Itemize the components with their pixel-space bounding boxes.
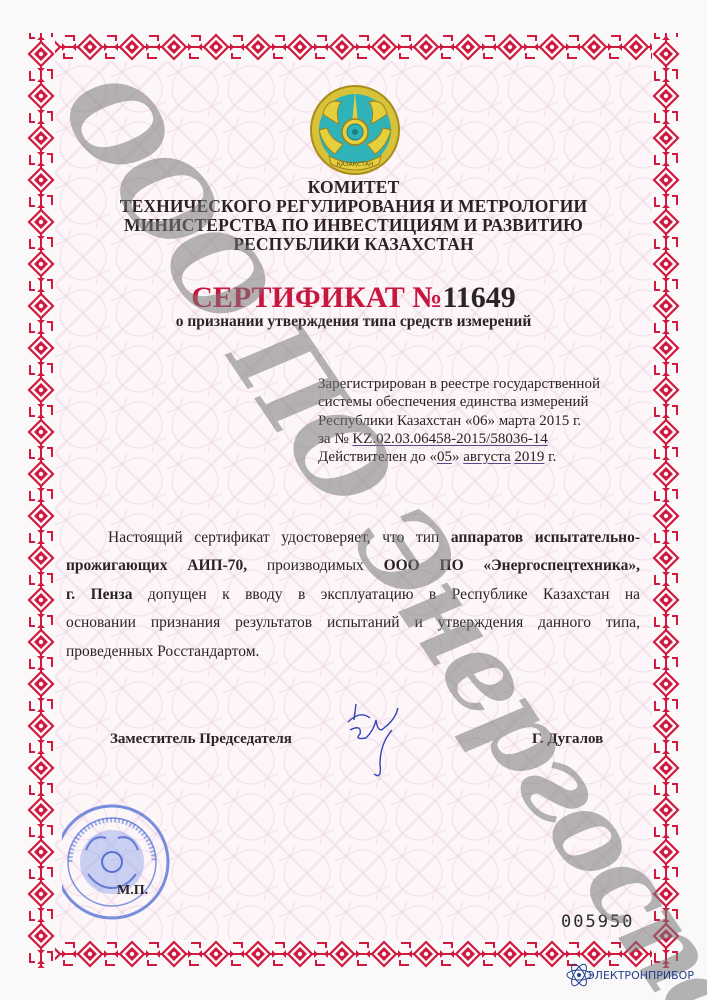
registry-line-1: Зарегистрирован в реестре государственно… bbox=[318, 375, 600, 393]
body-line-5: проведенных Росстандартом. bbox=[66, 638, 640, 666]
body-text-segment: допущен к вводу в эксплуатацию в Республ… bbox=[132, 586, 640, 603]
official-seal-icon bbox=[62, 800, 182, 930]
certificate-title: СЕРТИФИКАТ №11649 bbox=[0, 282, 707, 314]
certificate-subtitle: о признании утверждения типа средств изм… bbox=[0, 313, 707, 331]
device-model: прожигающих АИП-70, bbox=[66, 557, 247, 574]
brand-name: ЭЛЕКТРОНПРИБОР bbox=[587, 969, 694, 982]
body-line-2: прожигающих АИП-70, производимых ООО ПО … bbox=[66, 552, 640, 580]
signer-title: Заместитель Председателя bbox=[110, 731, 292, 748]
handwritten-signature-icon bbox=[340, 700, 420, 780]
validity-suffix: г. bbox=[544, 449, 556, 465]
registry-number-line: за № KZ.02.03.06458-2015/58036-14 bbox=[318, 430, 600, 448]
certificate-number: 11649 bbox=[442, 281, 515, 314]
body-line-4: основании признания результатов испытани… bbox=[66, 609, 640, 637]
kazakhstan-state-emblem-icon: ҚАЗАҚСТАН bbox=[305, 84, 405, 176]
validity-day: 05 bbox=[437, 449, 452, 465]
manufacturer-name: ООО ПО «Энергоспецтехника», bbox=[384, 557, 640, 574]
border-right bbox=[652, 33, 680, 968]
body-text-segment: Настоящий сертификат удостоверяет, что т… bbox=[108, 529, 451, 546]
registry-number: KZ.02.03.06458-2015/58036-14 bbox=[352, 431, 547, 447]
brand-logo: ЭЛЕКТРОНПРИБОР bbox=[565, 960, 694, 990]
seal-label: М.П. bbox=[117, 883, 148, 899]
certificate-body: Настоящий сертификат удостоверяет, что т… bbox=[66, 524, 640, 666]
validity-year: 2019 bbox=[514, 449, 544, 465]
signer-name: Г. Дугалов bbox=[532, 731, 603, 748]
validity-prefix: Действителен до « bbox=[318, 449, 437, 465]
registry-line-2: системы обеспечения единства измерений bbox=[318, 393, 600, 411]
issuer-header: КОМИТЕТ ТЕХНИЧЕСКОГО РЕГУЛИРОВАНИЯ И МЕТ… bbox=[0, 178, 707, 254]
border-top bbox=[27, 33, 680, 61]
validity-line: Действителен до «05» августа 2019 г. bbox=[318, 448, 600, 466]
body-line-1: Настоящий сертификат удостоверяет, что т… bbox=[66, 524, 640, 552]
device-type: аппаратов испытательно- bbox=[451, 529, 640, 546]
header-line-1: КОМИТЕТ bbox=[0, 178, 707, 197]
border-left bbox=[27, 33, 55, 968]
header-line-3: МИНИСТЕРСТВА ПО ИНВЕСТИЦИЯМ И РАЗВИТИЮ bbox=[0, 216, 707, 235]
manufacturer-city: г. Пенза bbox=[66, 586, 132, 603]
registry-line-3: Республики Казахстан «06» марта 2015 г. bbox=[318, 412, 600, 430]
body-text-segment: производимых bbox=[247, 557, 383, 574]
header-line-4: РЕСПУБЛИКИ КАЗАХСТАН bbox=[0, 235, 707, 254]
registry-number-prefix: за № bbox=[318, 431, 352, 447]
serial-number: 005950 bbox=[561, 912, 634, 932]
certificate-title-label: СЕРТИФИКАТ № bbox=[191, 281, 442, 314]
registry-info: Зарегистрирован в реестре государственно… bbox=[318, 375, 600, 466]
svg-text:ҚАЗАҚСТАН: ҚАЗАҚСТАН bbox=[336, 161, 373, 168]
header-line-2: ТЕХНИЧЕСКОГО РЕГУЛИРОВАНИЯ И МЕТРОЛОГИИ bbox=[0, 197, 707, 216]
body-line-3: г. Пенза допущен к вводу в эксплуатацию … bbox=[66, 581, 640, 609]
validity-mid: » bbox=[452, 449, 463, 465]
validity-month: августа bbox=[463, 449, 510, 465]
